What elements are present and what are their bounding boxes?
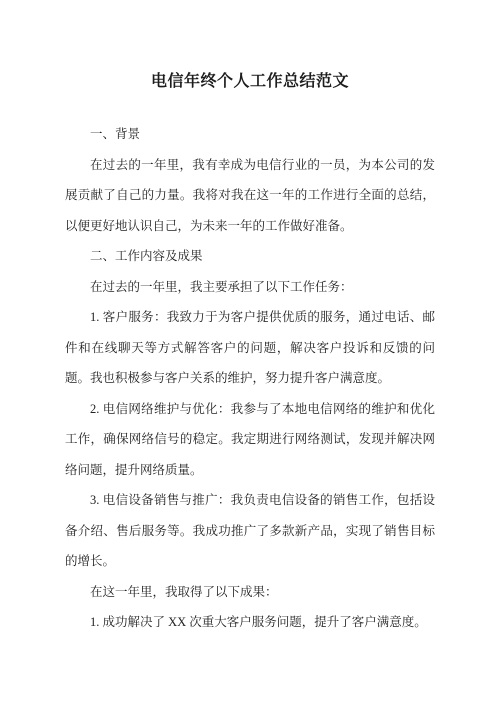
list-item-equipment-sales: 3. 电信设备销售与推广：我负责电信设备的销售工作，包括设备介绍、售后服务等。我… — [65, 485, 435, 577]
section-heading-background: 一、背景 — [65, 119, 435, 150]
paragraph-background-intro: 在过去的一年里，我有幸成为电信行业的一员，为本公司的发展贡献了自己的力量。我将对… — [65, 150, 435, 242]
document-page: 电信年终个人工作总结范文 一、背景 在过去的一年里，我有幸成为电信行业的一员，为… — [0, 0, 500, 707]
paragraph-task-intro: 在过去的一年里，我主要承担了以下工作任务： — [65, 272, 435, 303]
list-item-network-maintenance: 2. 电信网络维护与优化：我参与了本地电信网络的维护和优化工作，确保网络信号的稳… — [65, 394, 435, 486]
section-heading-work-content: 二、工作内容及成果 — [65, 241, 435, 272]
document-title: 电信年终个人工作总结范文 — [0, 0, 500, 96]
paragraph-results-intro: 在这一年里，我取得了以下成果： — [65, 577, 435, 608]
list-item-customer-service: 1. 客户服务：我致力于为客户提供优质的服务，通过电话、邮件和在线聊天等方式解答… — [65, 302, 435, 394]
list-item-result-1: 1. 成功解决了 XX 次重大客户服务问题，提升了客户满意度。 — [65, 607, 435, 638]
document-body: 一、背景 在过去的一年里，我有幸成为电信行业的一员，为本公司的发展贡献了自己的力… — [65, 96, 435, 638]
